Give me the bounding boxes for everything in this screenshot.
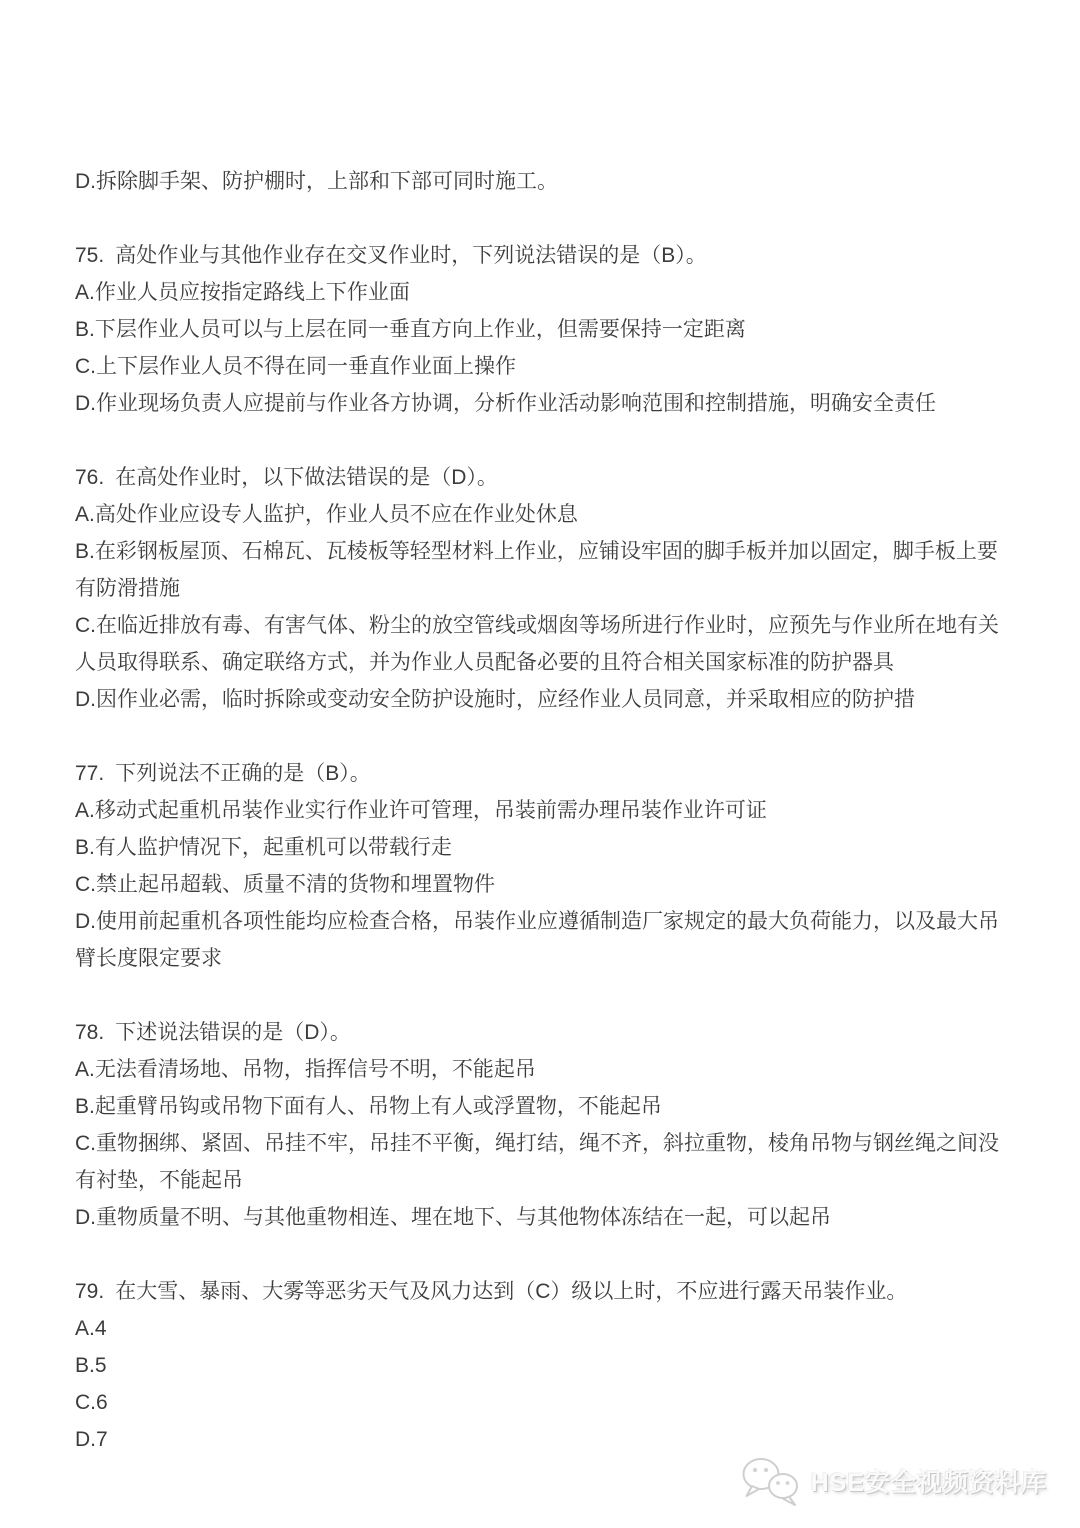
option-c: C.禁止起吊超载、质量不清的货物和埋置物件 — [75, 866, 1010, 903]
question-stem: 77.下列说法不正确的是（B）。 — [75, 755, 1010, 792]
question-76: 76.在高处作业时，以下做法错误的是（D）。 A.高处作业应设专人监护，作业人员… — [75, 459, 1010, 718]
question-number: 77. — [75, 762, 104, 785]
wechat-icon — [740, 1455, 802, 1507]
continuation-option-line: D.拆除脚手架、防护棚时，上部和下部可同时施工。 — [75, 163, 1010, 200]
question-stem: 76.在高处作业时，以下做法错误的是（D）。 — [75, 459, 1010, 496]
question-number: 78. — [75, 1021, 104, 1044]
option-c: C.在临近排放有毒、有害气体、粉尘的放空管线或烟囱等场所进行作业时，应预先与作业… — [75, 607, 1010, 681]
option-b: B.5 — [75, 1347, 1010, 1384]
question-79: 79.在大雪、暴雨、大雾等恶劣天气及风力达到（C）级以上时，不应进行露天吊装作业… — [75, 1273, 1010, 1458]
option-d: D.7 — [75, 1421, 1010, 1458]
question-78: 78.下述说法错误的是（D）。 A.无法看清场地、吊物，指挥信号不明，不能起吊 … — [75, 1014, 1010, 1236]
option-d: D.重物质量不明、与其他重物相连、埋在地下、与其他物体冻结在一起，可以起吊 — [75, 1199, 1010, 1236]
option-b: B.在彩钢板屋顶、石棉瓦、瓦棱板等轻型材料上作业，应铺设牢固的脚手板并加以固定，… — [75, 533, 1010, 607]
question-stem: 75.高处作业与其他作业存在交叉作业时，下列说法错误的是（B）。 — [75, 237, 1010, 274]
option-a: A.移动式起重机吊装作业实行作业许可管理，吊装前需办理吊装作业许可证 — [75, 792, 1010, 829]
question-number: 79. — [75, 1280, 104, 1303]
option-c: C.6 — [75, 1384, 1010, 1421]
option-a: A.无法看清场地、吊物，指挥信号不明，不能起吊 — [75, 1051, 1010, 1088]
option-a: A.作业人员应按指定路线上下作业面 — [75, 274, 1010, 311]
question-stem-text: 下列说法不正确的是（B）。 — [115, 762, 371, 785]
option-b: B.有人监护情况下，起重机可以带载行走 — [75, 829, 1010, 866]
document-page: D.拆除脚手架、防护棚时，上部和下部可同时施工。 75.高处作业与其他作业存在交… — [0, 0, 1080, 1528]
question-stem: 78.下述说法错误的是（D）。 — [75, 1014, 1010, 1051]
question-stem-text: 在高处作业时，以下做法错误的是（D）。 — [115, 466, 498, 489]
question-number: 75. — [75, 244, 104, 267]
option-b: B.下层作业人员可以与上层在同一垂直方向上作业，但需要保持一定距离 — [75, 311, 1010, 348]
exam-question-list: D.拆除脚手架、防护棚时，上部和下部可同时施工。 75.高处作业与其他作业存在交… — [75, 163, 1010, 1458]
option-d: D.使用前起重机各项性能均应检查合格，吊装作业应遵循制造厂家规定的最大负荷能力，… — [75, 903, 1010, 977]
question-75: 75.高处作业与其他作业存在交叉作业时，下列说法错误的是（B）。 A.作业人员应… — [75, 237, 1010, 422]
question-stem: 79.在大雪、暴雨、大雾等恶劣天气及风力达到（C）级以上时，不应进行露天吊装作业… — [75, 1273, 1010, 1310]
watermark-text: HSE安全视频资料库 — [811, 1463, 1047, 1499]
question-stem-text: 在大雪、暴雨、大雾等恶劣天气及风力达到（C）级以上时，不应进行露天吊装作业。 — [115, 1280, 907, 1303]
option-a: A.4 — [75, 1310, 1010, 1347]
option-c: C.上下层作业人员不得在同一垂直作业面上操作 — [75, 348, 1010, 385]
option-a: A.高处作业应设专人监护，作业人员不应在作业处休息 — [75, 496, 1010, 533]
option-d: D.作业现场负责人应提前与作业各方协调，分析作业活动影响范围和控制措施，明确安全… — [75, 385, 1010, 422]
option-b: B.起重臂吊钩或吊物下面有人、吊物上有人或浮置物，不能起吊 — [75, 1088, 1010, 1125]
question-number: 76. — [75, 466, 104, 489]
footer-watermark: HSE安全视频资料库 — [740, 1455, 1047, 1507]
option-c: C.重物捆绑、紧固、吊挂不牢，吊挂不平衡，绳打结，绳不齐，斜拉重物，棱角吊物与钢… — [75, 1125, 1010, 1199]
option-d: D.因作业必需，临时拆除或变动安全防护设施时，应经作业人员同意，并采取相应的防护… — [75, 681, 1010, 718]
question-stem-text: 高处作业与其他作业存在交叉作业时，下列说法错误的是（B）。 — [115, 244, 707, 267]
question-77: 77.下列说法不正确的是（B）。 A.移动式起重机吊装作业实行作业许可管理，吊装… — [75, 755, 1010, 977]
question-stem-text: 下述说法错误的是（D）。 — [115, 1021, 351, 1044]
